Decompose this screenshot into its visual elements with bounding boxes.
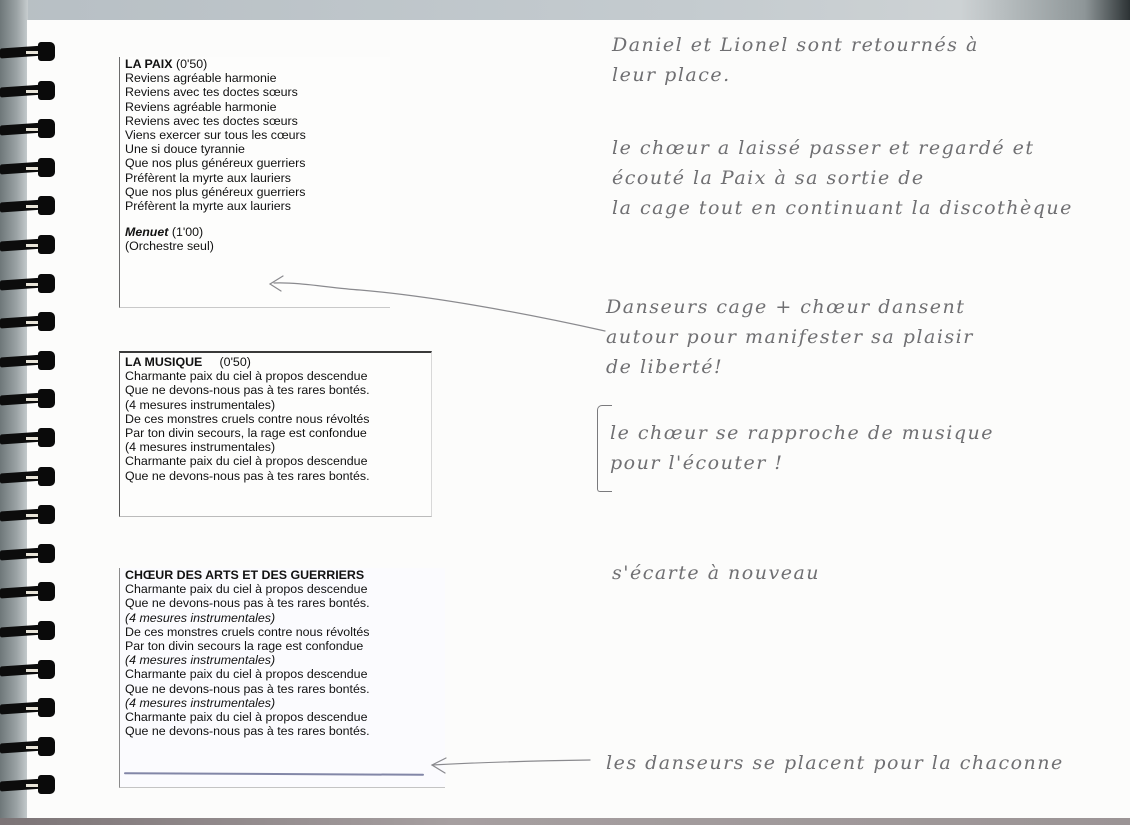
handwritten-note: Danseurs cage + chœur dansent autour pou… [606,292,974,382]
spiral-loop [0,235,56,254]
handwritten-note: s'écarte à nouveau [612,558,820,588]
lyric-line: Charmante paix du ciel à propos descendu… [125,369,431,383]
note-line: autour pour manifester sa plaisir [606,322,974,352]
note-line: Daniel et Lionel sont retournés à [612,30,979,60]
excerpt-heading: LA PAIX (0'50) [125,57,390,71]
lyric-line: (4 mesures instrumentales) [125,440,431,454]
lyric-line: Charmante paix du ciel à propos descendu… [125,710,445,724]
excerpt-title: CHŒUR DES ARTS ET DES GUERRIERS [125,568,445,582]
menuet-heading: Menuet (1'00) [125,225,390,239]
note-line: la cage tout en continuant la discothèqu… [612,193,1073,223]
excerpt-duration: (0'50) [220,355,251,369]
menuet-note: (Orchestre seul) [125,239,390,253]
spiral-loop [0,158,56,177]
note-line: écouté la Paix à sa sortie de [612,163,1073,193]
lyric-line: Préfèrent la myrte aux lauriers [125,199,390,213]
handwritten-note: le chœur a laissé passer et regardé et é… [612,133,1073,223]
spiral-loop [0,428,56,447]
lyric-line: Par ton divin secours la rage est confon… [125,639,445,653]
spiral-loop [0,582,56,601]
excerpt-title: LA MUSIQUE [125,355,202,369]
note-line: le chœur se rapproche de musique [610,418,994,448]
note-line: de liberté! [606,352,974,382]
menuet-title: Menuet [125,225,168,239]
lyric-line: Que ne devons-nous pas à tes rares bonté… [125,682,445,696]
lyric-line: Charmante paix du ciel à propos descendu… [125,667,445,681]
note-line: les danseurs se placent pour la chaconne [606,748,1064,778]
excerpt-la-musique: LA MUSIQUE (0'50) Charmante paix du ciel… [119,351,432,517]
lyric-line: Que ne devons-nous pas à tes rares bonté… [125,724,445,738]
spiral-loop [0,389,56,408]
excerpt-title: LA PAIX [125,57,173,71]
lyric-line: Reviens avec tes doctes sœurs [125,114,390,128]
handwritten-note: le chœur se rapproche de musique pour l'… [610,418,994,478]
lyric-line: Reviens avec tes doctes sœurs [125,85,390,99]
lyric-line: Une si douce tyrannie [125,142,390,156]
spiral-loop [0,737,56,756]
spiral-loop [0,621,56,640]
menuet-duration: (1'00) [172,225,203,239]
lyric-line: Que ne devons-nous pas à tes rares bonté… [125,596,445,610]
lyric-line: De ces monstres cruels contre nous révol… [125,412,431,426]
spiral-loop [0,698,56,717]
backdrop-top [0,0,1130,20]
spiral-loop [0,42,56,61]
spiral-loop [0,351,56,370]
instrumental-note: (4 mesures instrumentales) [125,653,445,667]
note-line: le chœur a laissé passer et regardé et [612,133,1073,163]
spiral-binding [0,0,60,825]
lyric-line: Par ton divin secours, la rage est confo… [125,426,431,440]
excerpt-duration: (0'50) [176,57,207,71]
lyric-line: Reviens agréable harmonie [125,71,390,85]
instrumental-note: (4 mesures instrumentales) [125,696,445,710]
spiral-loop [0,196,56,215]
note-line: s'écarte à nouveau [612,558,820,588]
note-line: pour l'écouter ! [610,448,994,478]
spiral-loop [0,467,56,486]
note-line: leur place. [612,60,979,90]
lyric-line: Que nos plus généreux guerriers [125,156,390,170]
spiral-loop [0,274,56,293]
spiral-loop [0,660,56,679]
lyric-line: Reviens agréable harmonie [125,100,390,114]
lyric-line: Charmante paix du ciel à propos descendu… [125,454,431,468]
note-line: Danseurs cage + chœur dansent [606,292,974,322]
lyric-line: Que ne devons-nous pas à tes rares bonté… [125,383,431,397]
lyric-line: Charmante paix du ciel à propos descendu… [125,582,445,596]
lyric-line: De ces monstres cruels contre nous révol… [125,625,445,639]
excerpt-choeur-des-arts: CHŒUR DES ARTS ET DES GUERRIERS Charmant… [119,568,445,788]
lyric-line: Viens exercer sur tous les cœurs [125,128,390,142]
instrumental-note: (4 mesures instrumentales) [125,611,445,625]
spiral-loop [0,775,56,794]
spiral-loop [0,81,56,100]
spiral-loop [0,312,56,331]
lyric-line: (4 mesures instrumentales) [125,398,431,412]
backdrop-bottom [0,818,1130,825]
handwritten-note: les danseurs se placent pour la chaconne [606,748,1064,778]
lyric-line: Que ne devons-nous pas à tes rares bonté… [125,469,431,483]
spacer [125,213,390,225]
spiral-loop [0,505,56,524]
spiral-loop [0,119,56,138]
handwritten-note: Daniel et Lionel sont retournés à leur p… [612,30,979,90]
excerpt-heading: LA MUSIQUE (0'50) [125,355,431,369]
lyric-line: Que nos plus généreux guerriers [125,185,390,199]
spiral-loop [0,544,56,563]
excerpt-la-paix: LA PAIX (0'50) Reviens agréable harmonie… [119,57,390,308]
lyric-line: Préfèrent la myrte aux lauriers [125,171,390,185]
